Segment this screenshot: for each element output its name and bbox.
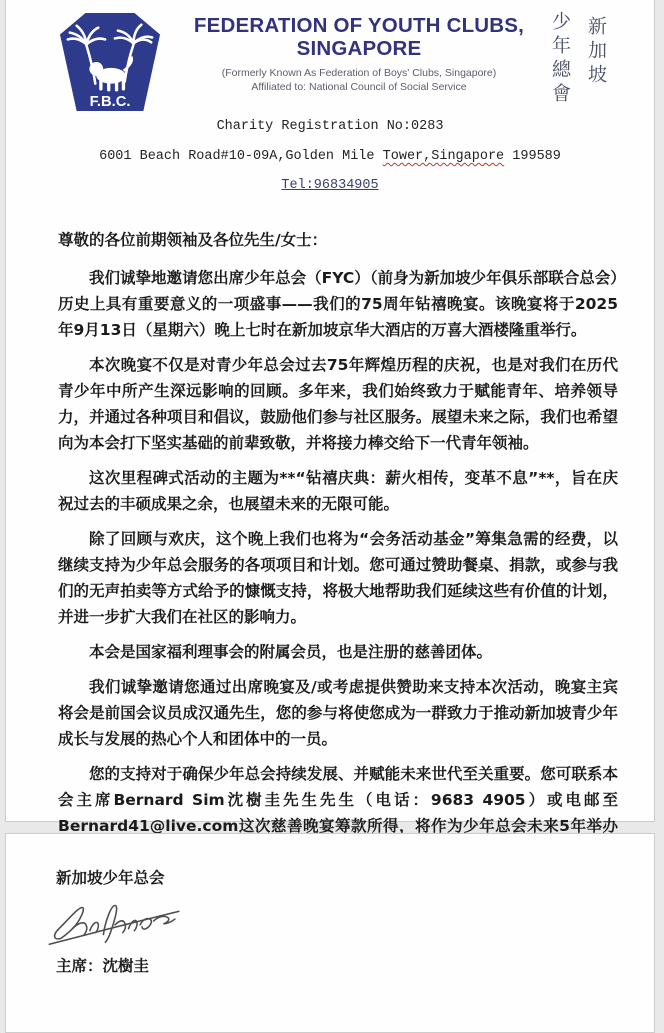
address-prefix: 6001 Beach Road#10-09A,Golden Mile [99,149,383,164]
signature-strokes [49,906,179,945]
salutation: 尊敬的各位前期领袖及各位先生/女士： [58,227,618,253]
paragraph-guest-of-honour: 我们诚挚邀请您通过出席晚宴及/或考虑提供赞助来支持本次活动，晚宴主宾将会是前国会… [58,674,618,752]
paragraph-invitation: 我们诚挚地邀请您出席少年总会（FYC）（前身为新加坡少年俱乐部联合总会）历史上具… [58,265,618,343]
letter-page-2: 新加坡少年总会 主席：沈樹圭 [5,833,655,1000]
chinese-seal-text: 新加坡 少年總會 [538,11,610,131]
chairman-name-line: 主席：沈樹圭 [56,954,149,976]
organization-title: FEDERATION OF YOUTH CLUBS, SINGAPORE [154,15,564,60]
organization-subtitle-affiliation: Affiliated to: National Council of Socia… [154,80,564,94]
telephone-line: Tel:96834905 [6,178,654,193]
address-spellcheck-flagged: Tower,Singapore [383,149,505,164]
organization-subtitle-former-name: (Formerly Known As Federation of Boys' C… [154,66,564,80]
letter-page-1: F.B.C. FEDERATION OF YOUTH CLUBS, SINGAP… [5,0,655,822]
seal-column-youth-federation: 少年總會 [547,11,574,107]
logo-text: F.B.C. [90,94,131,110]
paragraph-charity-status: 本会是国家福利理事会的附属会员，也是注册的慈善团体。 [58,639,618,665]
fbc-keystone-logo-icon: F.B.C. [56,11,164,113]
paragraph-history: 本次晚宴不仅是对青少年总会过去75年辉煌历程的庆祝，也是对我们在历代青少年中所产… [58,352,618,456]
address-line: 6001 Beach Road#10-09A,Golden Mile Tower… [6,149,654,164]
fbc-logo-svg: F.B.C. [56,11,164,113]
letter-body: 尊敬的各位前期领袖及各位先生/女士： 我们诚挚地邀请您出席少年总会（FYC）（前… [58,227,618,935]
seal-column-singapore: 新加坡 [583,11,610,88]
chairman-signature-image [46,892,184,950]
header-text-block: FEDERATION OF YOUTH CLUBS, SINGAPORE (Fo… [154,15,564,94]
address-suffix: 199589 [504,149,561,164]
paragraph-fundraising: 除了回顾与欢庆，这个晚上我们也将为“会务活动基金”筹集急需的经费，以继续支持为少… [58,526,618,630]
telephone-link[interactable]: Tel:96834905 [281,178,378,193]
paragraph-theme: 这次里程碑式活动的主题为**“钻禧庆典：薪火相传，变革不息”**，旨在庆祝过去的… [58,465,618,517]
charity-registration-line: Charity Registration No:0283 [6,119,654,134]
footer-organization-name: 新加坡少年总会 [56,866,165,888]
